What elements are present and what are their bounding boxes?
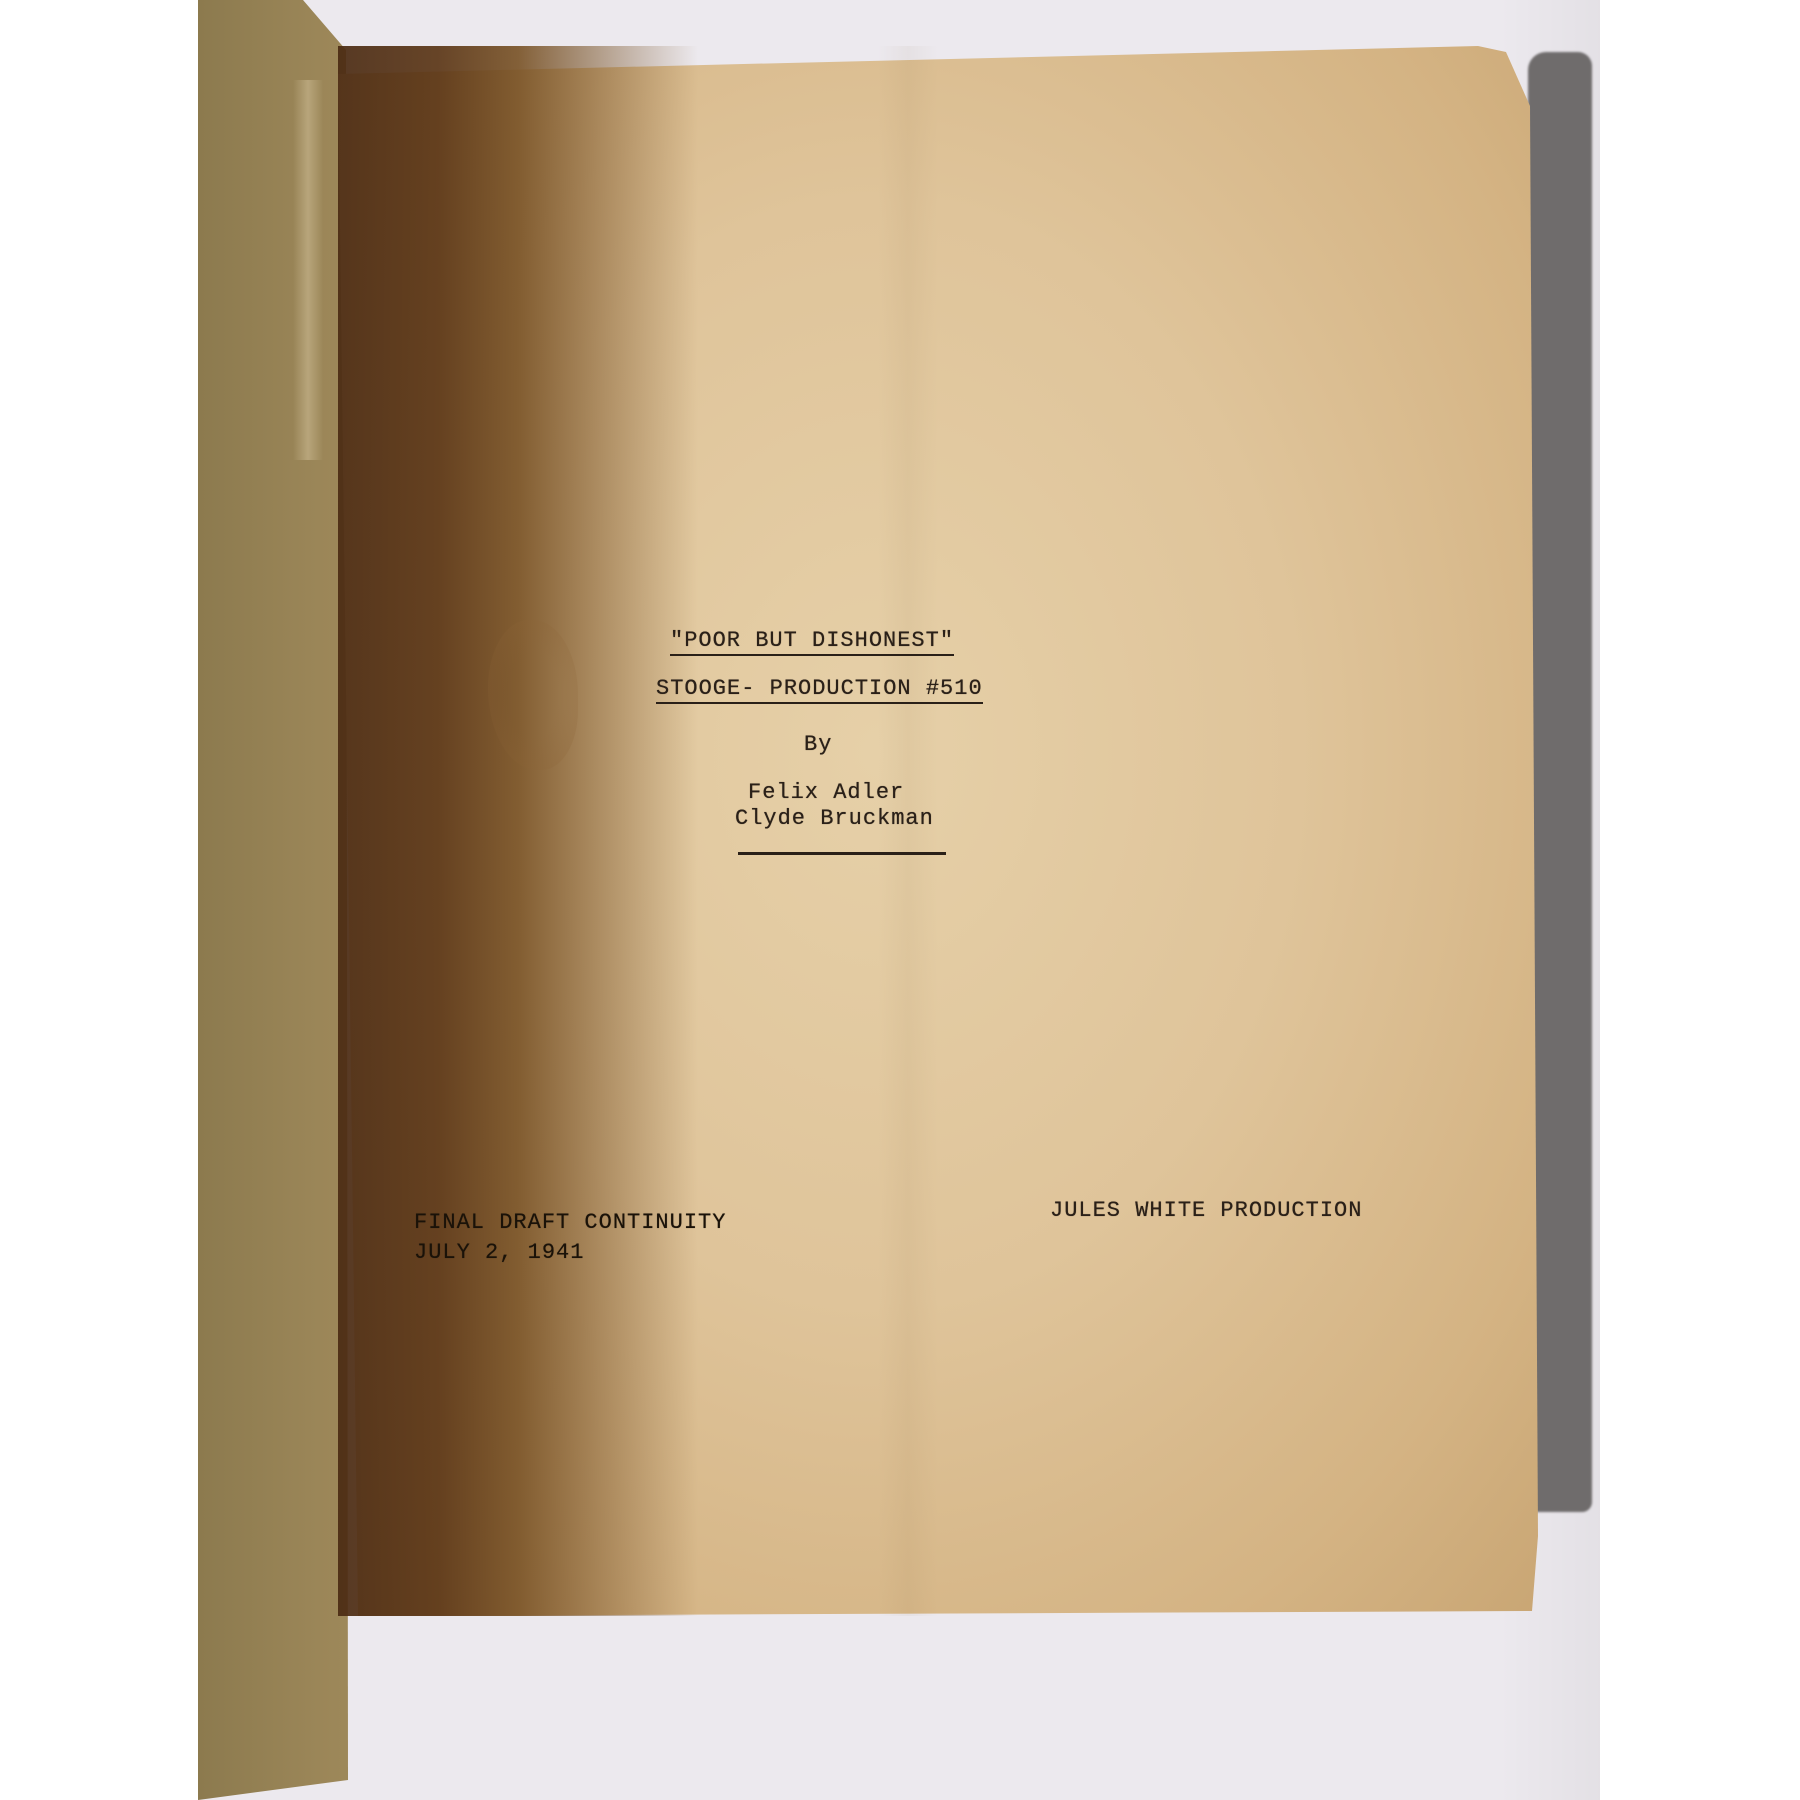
author-2: Clyde Bruckman [735,806,934,831]
production-number-text: STOOGE- PRODUCTION #510 [656,676,983,704]
author-1: Felix Adler [748,780,904,805]
page-stack-shadow [1528,52,1592,1512]
book-photo: "POOR BUT DISHONEST" STOOGE- PRODUCTION … [198,0,1600,1800]
by-label: By [804,732,832,757]
gutter-shadow [338,46,698,1616]
script-title: "POOR BUT DISHONEST" [670,628,954,653]
production-number: STOOGE- PRODUCTION #510 [656,676,983,701]
cover-wear-mark [293,80,323,460]
draft-status: FINAL DRAFT CONTINUITY [414,1210,726,1235]
producer-credit: JULES WHITE PRODUCTION [1050,1198,1362,1223]
script-title-text: "POOR BUT DISHONEST" [670,628,954,656]
draft-date: JULY 2, 1941 [414,1240,584,1265]
page-fold [878,46,938,1616]
authors-rule [738,852,946,855]
